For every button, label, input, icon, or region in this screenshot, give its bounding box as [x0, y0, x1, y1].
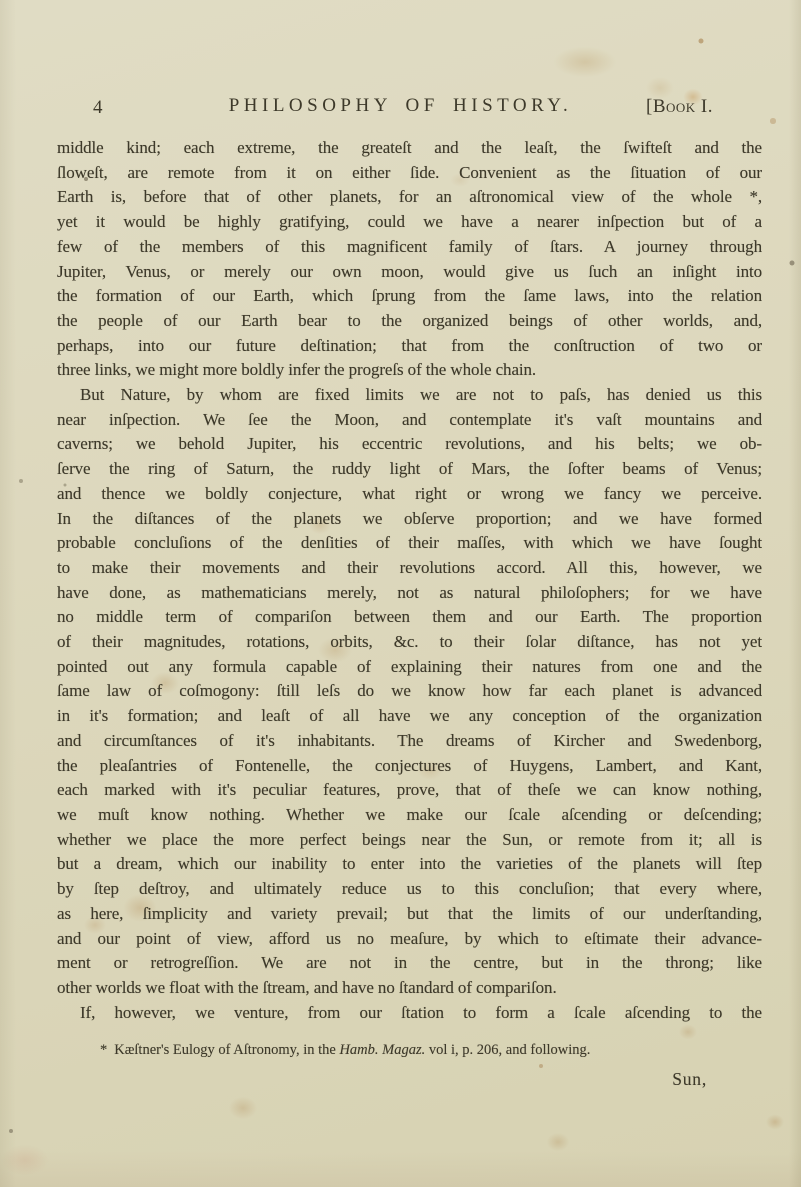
text-line: and thence we boldly conjecture, what ri…	[57, 482, 762, 507]
text-line: in it's formation; and leaſt of all have…	[57, 704, 762, 729]
paragraph-1: middle kind; each extreme, the greateſt …	[57, 136, 762, 383]
text-line: near inſpection. We ſee the Moon, and co…	[57, 408, 762, 433]
book-page: 4 PHILOSOPHY OF HISTORY. [Book I. middle…	[0, 0, 801, 1187]
text-line: the pleaſantries of Fontenelle, the conj…	[57, 754, 762, 779]
text-line: have done, as mathematicians merely, not…	[57, 581, 762, 606]
ink-specks	[0, 0, 2, 2]
text-line: and circumſtances of it's inhabitants. T…	[57, 729, 762, 754]
book-label: [Book I.	[646, 96, 713, 118]
text-line: Jupiter, Venus, or merely our own moon, …	[57, 260, 762, 285]
text-line: three links, we might more boldly infer …	[57, 358, 762, 383]
footnote: *Kæſtner's Eulogy of Aſtronomy, in the H…	[100, 1041, 720, 1060]
text-line: by ſtep deſtroy, and ultimately reduce u…	[57, 877, 762, 902]
footnote-text: Kæſtner's Eulogy of Aſtronomy, in the	[114, 1042, 339, 1058]
text-line: whether we place the more perfect beings…	[57, 828, 762, 853]
text-line: ſame law of coſmogony: ſtill leſs do we …	[57, 679, 762, 704]
text-line: If, however, we venture, from our ſtatio…	[57, 1001, 762, 1026]
text-line: ſerve the ring of Saturn, the ruddy ligh…	[57, 457, 762, 482]
text-line: middle kind; each extreme, the greateſt …	[57, 136, 762, 161]
text-line: the formation of our Earth, which ſprung…	[57, 284, 762, 309]
text-line: each marked with it's peculiar features,…	[57, 778, 762, 803]
body-text: middle kind; each extreme, the greateſt …	[57, 136, 762, 1025]
text-line: probable concluſions of the denſities of…	[57, 531, 762, 556]
text-line: we muſt know nothing. Whether we make ou…	[57, 803, 762, 828]
text-line: and our point of view, afford us no meaſ…	[57, 927, 762, 952]
paragraph-3: If, however, we venture, from our ſtatio…	[57, 1001, 762, 1026]
text-line: ment or retrogreſſion. We are not in the…	[57, 951, 762, 976]
text-line: In the diſtances of the planets we obſer…	[57, 507, 762, 532]
text-line: but a dream, which our inability to ente…	[57, 852, 762, 877]
text-line: yet it would be highly gratifying, could…	[57, 210, 762, 235]
text-line: ſloweſt, are remote from it on either ſi…	[57, 161, 762, 186]
text-line: pointed out any formula capable of expla…	[57, 655, 762, 680]
catchword: Sun,	[672, 1069, 707, 1090]
text-line: no middle term of compariſon between the…	[57, 605, 762, 630]
footnote-marker: *	[100, 1042, 107, 1058]
text-line: the people of our Earth bear to the orga…	[57, 309, 762, 334]
text-line: to make their movements and their revolu…	[57, 556, 762, 581]
paragraph-2: But Nature, by whom are fixed limits we …	[57, 383, 762, 1001]
footnote-text-end: vol i, p. 206, and following.	[425, 1042, 590, 1058]
text-line: But Nature, by whom are fixed limits we …	[57, 383, 762, 408]
text-line: of their magnitudes, rotations, orbits, …	[57, 630, 762, 655]
footnote-source-italic: Hamb. Magaz.	[339, 1042, 425, 1058]
text-line: few of the members of this magnificent f…	[57, 235, 762, 260]
text-line: caverns; we behold Jupiter, his eccentri…	[57, 432, 762, 457]
text-line: perhaps, into our future deſtination; th…	[57, 334, 762, 359]
text-line: Earth is, before that of other planets, …	[57, 185, 762, 210]
text-line: as here, ſimplicity and variety prevail;…	[57, 902, 762, 927]
text-line: other worlds we float with the ſtream, a…	[57, 976, 762, 1001]
